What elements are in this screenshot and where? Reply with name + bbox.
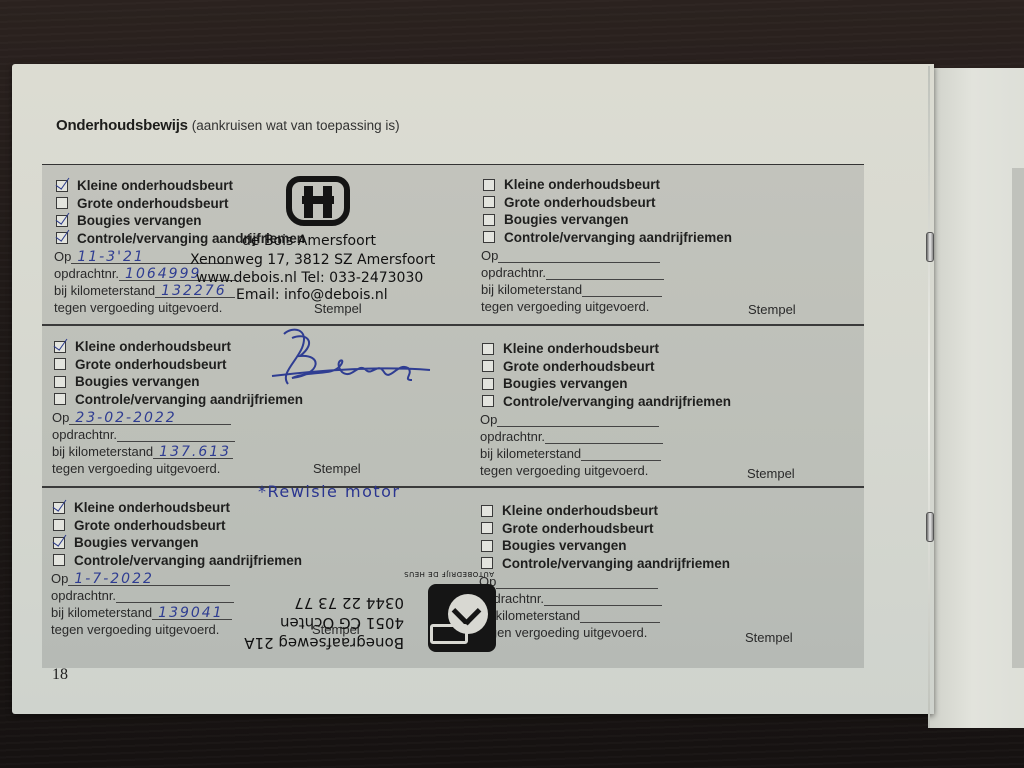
checkbox[interactable]: [56, 180, 68, 192]
date-label: Op: [52, 410, 69, 425]
option-row: Kleine onderhoudsbeurt: [479, 502, 879, 520]
checkbox[interactable]: [56, 197, 68, 209]
date-label: Op: [480, 412, 497, 427]
option-row: Grote onderhoudsbeurt: [480, 358, 880, 376]
service-entry-row2-right: Kleine onderhoudsbeurt Grote onderhoudsb…: [480, 340, 880, 490]
option-row: Controle/vervanging aandrijfriemen: [479, 555, 879, 573]
stamp-small-text: AUTOBEDRIJF DE HEUS: [404, 570, 494, 578]
date-label: Op: [481, 248, 498, 263]
dealer-stamp-debois: de Bois Amersfoort Xenonweg 17, 3812 SZ …: [182, 176, 457, 311]
mileage-value-line[interactable]: 139041: [152, 606, 232, 620]
order-label: opdrachtnr.: [51, 588, 116, 603]
option-row: Controle/vervanging aandrijfriemen: [481, 229, 881, 247]
mileage-label: bij kilometerstand: [52, 444, 153, 459]
order-value-line[interactable]: [117, 428, 235, 442]
checkbox[interactable]: [481, 505, 493, 517]
footer-text: tegen vergoeding uitgevoerd.: [480, 461, 880, 478]
checkbox[interactable]: [481, 540, 493, 552]
mileage-value: 137.613: [159, 444, 231, 460]
date-field: Op: [481, 246, 881, 263]
option-row: Grote onderhoudsbeurt: [51, 517, 451, 535]
date-field: Op 23-02-2022: [52, 408, 452, 425]
stempel-label: Stempel: [745, 630, 793, 645]
checkbox[interactable]: [54, 358, 66, 370]
order-field: opdrachtnr.: [52, 425, 452, 442]
footer-text: tegen vergoeding uitgevoerd.: [481, 297, 881, 314]
option-label: Kleine onderhoudsbeurt: [502, 503, 658, 518]
option-label: Controle/vervanging aandrijfriemen: [504, 230, 732, 245]
mileage-value-line[interactable]: [580, 609, 660, 623]
option-label: Bougies vervangen: [502, 538, 627, 553]
checkbox[interactable]: [482, 378, 494, 390]
option-label: Grote onderhoudsbeurt: [504, 195, 656, 210]
mileage-value-line[interactable]: 137.613: [153, 445, 233, 459]
stamp-web-tel: www.debois.nl Tel: 033-2473030: [196, 270, 423, 286]
option-label: Bougies vervangen: [74, 535, 199, 550]
date-value-line[interactable]: [498, 249, 660, 263]
checkbox[interactable]: [53, 537, 65, 549]
option-label: Grote onderhoudsbeurt: [503, 359, 655, 374]
option-row: Bougies vervangen: [51, 534, 451, 552]
stempel-label: Stempel: [313, 461, 361, 476]
title-text: Onderhoudsbewijs: [56, 117, 188, 134]
right-page: [928, 68, 1024, 728]
option-row: Grote onderhoudsbeurt: [481, 194, 881, 212]
checkbox[interactable]: [56, 232, 68, 244]
mileage-value-line[interactable]: [582, 283, 662, 297]
date-value-line[interactable]: [496, 575, 658, 589]
handwritten-note: *Rewisie motor: [258, 482, 401, 501]
option-row: Kleine onderhoudsbeurt: [51, 499, 451, 517]
mileage-label: bij kilometerstand: [51, 605, 152, 620]
form-top-rule: [42, 164, 864, 165]
mileage-label: bij kilometerstand: [481, 282, 582, 297]
mileage-field: bij kilometerstand: [480, 444, 880, 461]
garage-logo-icon: [428, 584, 496, 652]
signature: [262, 326, 437, 391]
order-label: opdrachtnr.: [54, 266, 119, 281]
option-label: Grote onderhoudsbeurt: [75, 357, 227, 372]
right-page-form-glimpse: [1012, 168, 1024, 668]
mileage-field: bij kilometerstand: [479, 606, 879, 623]
mileage-field: bij kilometerstand: [481, 280, 881, 297]
date-field: Op: [480, 410, 880, 427]
date-value-line[interactable]: 23-02-2022: [69, 411, 231, 425]
checkbox[interactable]: [56, 215, 68, 227]
option-label: Bougies vervangen: [503, 376, 628, 391]
order-field: opdrachtnr.: [481, 263, 881, 280]
mileage-value: 139041: [158, 605, 223, 621]
honda-logo-bar: [302, 196, 334, 204]
service-entry-row1-right: Kleine onderhoudsbeurt Grote onderhoudsb…: [481, 176, 881, 326]
mileage-field: bij kilometerstand 137.613: [52, 442, 452, 459]
option-row: Bougies vervangen: [480, 375, 880, 393]
stamp-city: 4051 CG Ochten: [280, 614, 404, 632]
order-value-line[interactable]: [545, 430, 663, 444]
date-value: 1-7-2022: [74, 571, 154, 587]
booklet-spine: [928, 66, 930, 728]
checkbox[interactable]: [483, 196, 495, 208]
checkbox[interactable]: [482, 360, 494, 372]
option-label: Grote onderhoudsbeurt: [502, 521, 654, 536]
option-label: Kleine onderhoudsbeurt: [74, 500, 230, 515]
stempel-label: Stempel: [748, 302, 796, 317]
checkbox[interactable]: [54, 393, 66, 405]
checkbox[interactable]: [482, 343, 494, 355]
checkbox[interactable]: [483, 231, 495, 243]
option-row: Kleine onderhoudsbeurt: [480, 340, 880, 358]
order-value-line[interactable]: [116, 589, 234, 603]
date-label: Op: [54, 249, 71, 264]
checkbox[interactable]: [482, 395, 494, 407]
option-label: Kleine onderhoudsbeurt: [503, 341, 659, 356]
service-entry-row3-right: Kleine onderhoudsbeurt Grote onderhoudsb…: [479, 502, 879, 652]
option-row: Kleine onderhoudsbeurt: [481, 176, 881, 194]
dealer-stamp-ochten: AUTOBEDRIJF DE HEUS Bonegraafseweg 21A 4…: [232, 558, 502, 658]
order-label: opdrachtnr.: [480, 429, 545, 444]
order-value-line[interactable]: [546, 266, 664, 280]
stamp-name: de Bois Amersfoort: [242, 233, 376, 249]
checkbox[interactable]: [53, 502, 65, 514]
order-field: opdrachtnr.: [480, 427, 880, 444]
option-row: Grote onderhoudsbeurt: [479, 520, 879, 538]
staple-top: [926, 232, 934, 262]
option-label: Controle/vervanging aandrijfriemen: [503, 394, 731, 409]
checkbox[interactable]: [54, 376, 66, 388]
option-label: Bougies vervangen: [75, 374, 200, 389]
option-label: Controle/vervanging aandrijfriemen: [502, 556, 730, 571]
checkbox[interactable]: [53, 519, 65, 531]
date-value: 23-02-2022: [75, 410, 176, 426]
option-label: Controle/vervanging aandrijfriemen: [75, 392, 303, 407]
checkbox[interactable]: [483, 214, 495, 226]
checkbox[interactable]: [54, 341, 66, 353]
option-row: Controle/vervanging aandrijfriemen: [52, 391, 452, 409]
date-label: Op: [51, 571, 68, 586]
option-label: Bougies vervangen: [504, 212, 629, 227]
mileage-label: bij kilometerstand: [54, 283, 155, 298]
stamp-email: Email: info@debois.nl: [236, 287, 388, 303]
order-label: opdrachtnr.: [481, 265, 546, 280]
checkbox[interactable]: [483, 179, 495, 191]
staple-bottom: [926, 512, 934, 542]
order-value-line[interactable]: [544, 592, 662, 606]
order-label: opdrachtnr.: [52, 427, 117, 442]
option-label: Kleine onderhoudsbeurt: [75, 339, 231, 354]
stempel-label: Stempel: [747, 466, 795, 481]
page-number: 18: [52, 666, 68, 684]
option-label: Kleine onderhoudsbeurt: [504, 177, 660, 192]
date-value: 11-3'21: [77, 249, 144, 265]
option-row: Bougies vervangen: [481, 211, 881, 229]
checkbox[interactable]: [53, 554, 65, 566]
subtitle-text: (aankruisen wat van toepassing is): [192, 118, 400, 133]
date-field: Op: [479, 572, 879, 589]
mileage-label: bij kilometerstand: [480, 446, 581, 461]
date-value-line[interactable]: 1-7-2022: [68, 572, 230, 586]
stamp-street: Bonegraafseweg 21A: [244, 634, 404, 652]
date-value-line[interactable]: [497, 413, 659, 427]
stamp-phone: 0344 22 73 77: [294, 594, 404, 612]
footer-text: tegen vergoeding uitgevoerd.: [52, 459, 452, 476]
checkbox[interactable]: [481, 522, 493, 534]
mileage-value-line[interactable]: [581, 447, 661, 461]
stamp-address: Xenonweg 17, 3812 SZ Amersfoort: [190, 252, 435, 268]
option-row: Bougies vervangen: [479, 537, 879, 555]
page-title: Onderhoudsbewijs (aankruisen wat van toe…: [56, 117, 400, 134]
option-row: Controle/vervanging aandrijfriemen: [480, 393, 880, 411]
option-label: Grote onderhoudsbeurt: [74, 518, 226, 533]
footer-text: tegen vergoeding uitgevoerd.: [479, 623, 879, 640]
order-field: opdrachtnr.: [479, 589, 879, 606]
